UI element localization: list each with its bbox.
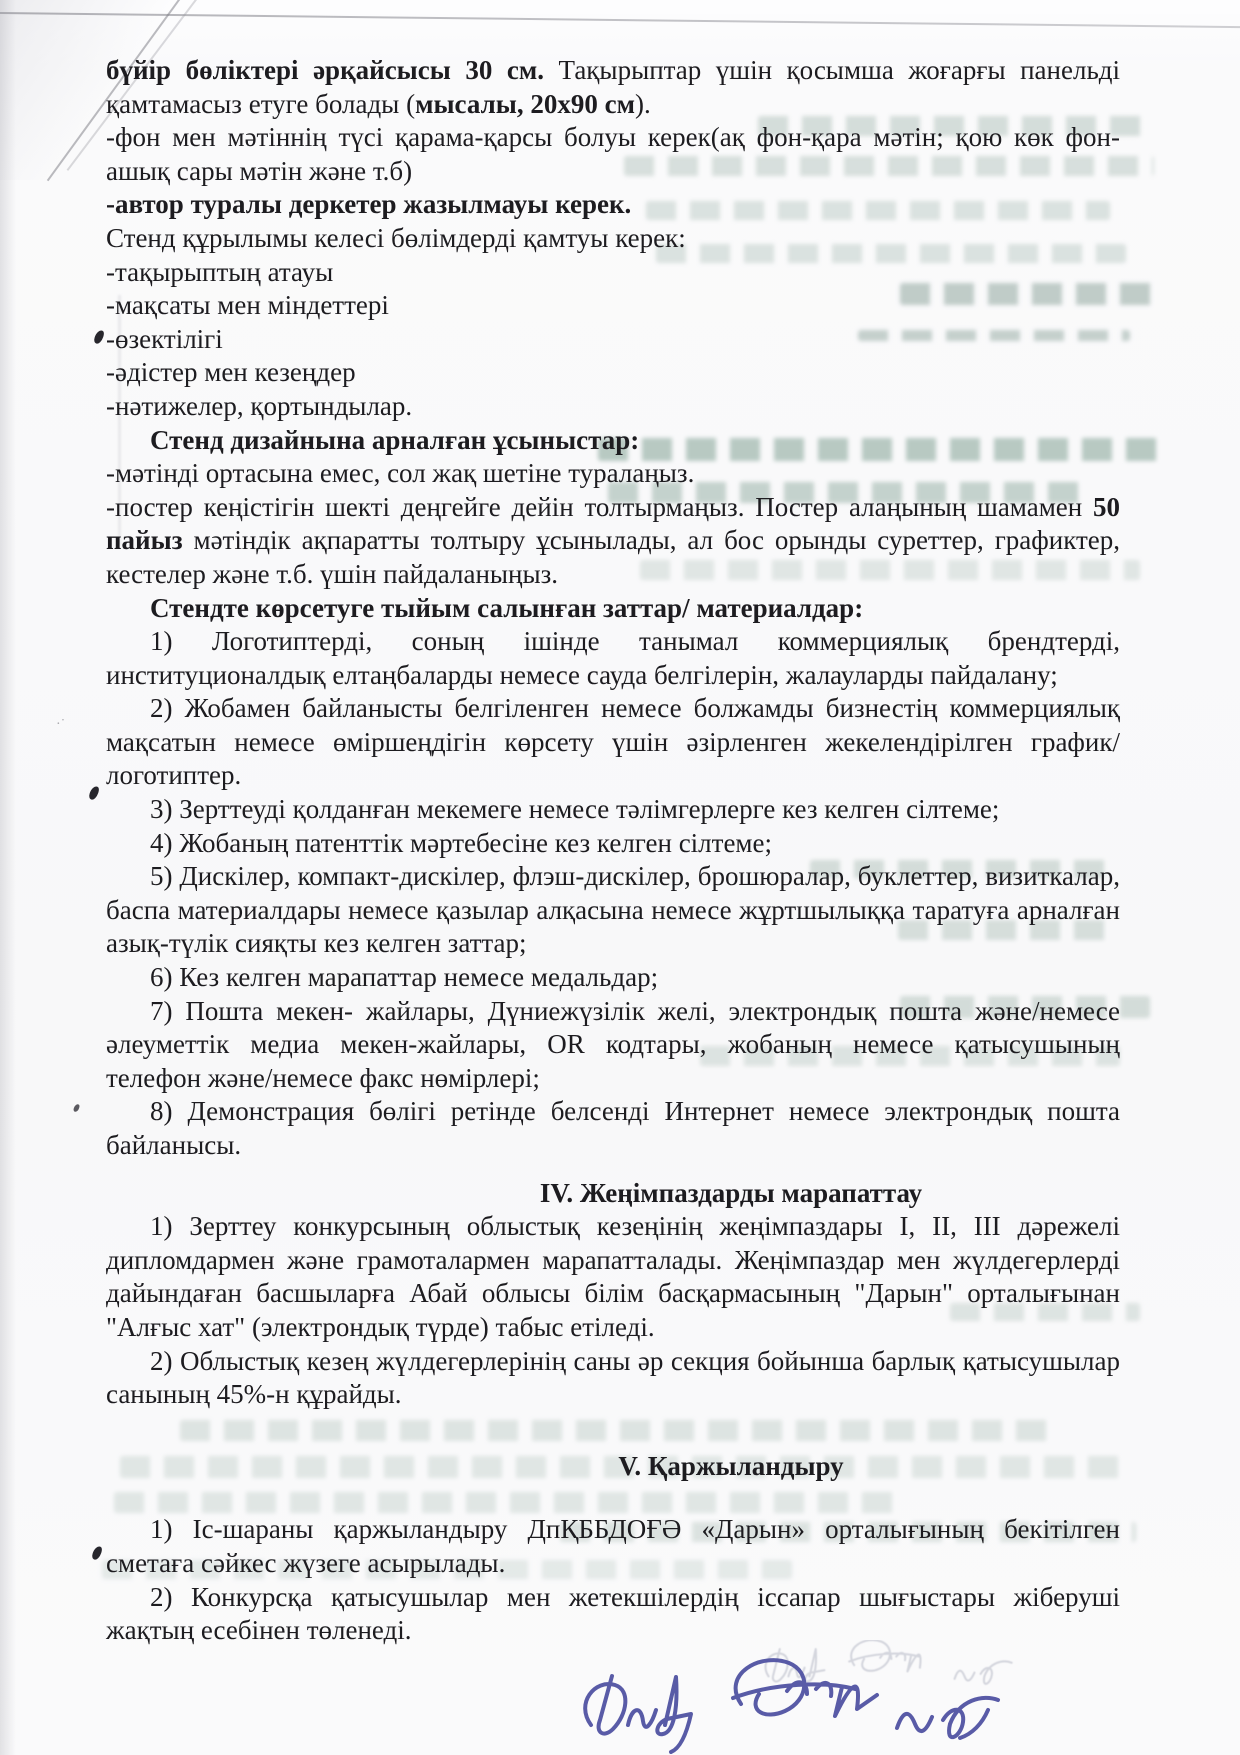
paragraph: 6) Кез келген марапаттар немесе медальда… [106, 961, 1120, 995]
paragraph: бүйір бөліктері әрқайсысы 30 см. Тақырып… [106, 54, 1120, 121]
scanned-document-page: { "document": { "paragraphs": [ {"style"… [0, 0, 1240, 1755]
bold-text: мысалы, 20х90 см [415, 89, 635, 119]
paragraph: 4) Жобаның патенттік мәртебесіне кез кел… [106, 827, 1120, 861]
paragraph: -фон мен мәтіннің түсі қарама-қарсы болу… [106, 121, 1120, 188]
bold-text: бүйір бөліктері әрқайсысы 30 см. [106, 55, 544, 85]
paragraph: -өзектілігі [106, 323, 1120, 357]
paragraph: 7) Пошта мекен- жайлары, Дүниежүзілік же… [106, 995, 1120, 1096]
section-heading: V. Қаржыландыру [224, 1450, 1238, 1484]
paragraph: -мәтінді ортасына емес, сол жақ шетіне т… [106, 457, 1120, 491]
paragraph: 1) Зерттеу конкурсының облыстық кезеңіні… [106, 1210, 1120, 1344]
paragraph: 2) Жобамен байланысты белгіленген немесе… [106, 692, 1120, 793]
paragraph: 1) Іс-шараны қаржыландыру ДпҚББДОҒӘ «Дар… [106, 1513, 1120, 1580]
signature-stroke [585, 1660, 998, 1752]
signature-area [545, 1640, 1015, 1755]
paragraph: 3) Зерттеуді қолданған мекемеге немесе т… [106, 793, 1120, 827]
text: -постер кеңістігін шекті деңгейге дейін … [106, 492, 1093, 522]
ink-speck [93, 329, 105, 345]
paragraph: -әдістер мен кезеңдер [106, 356, 1120, 390]
section-heading: IV. Жеңімпаздарды марапаттау [224, 1177, 1238, 1211]
paragraph: -мақсаты мен міндеттері [106, 289, 1120, 323]
text: ). [635, 89, 651, 119]
paragraph: Стенд құрылымы келесі бөлімдерді қамтуы … [106, 222, 1120, 256]
text: мәтіндік ақпаратты толтыру ұсынылады, ал… [106, 525, 1120, 589]
ink-speck [88, 785, 100, 801]
paragraph: Стендте көрсетуге тыйым салынған заттар/… [106, 592, 1120, 626]
paragraph: 5) Дискілер, компакт-дискілер, флэш-диск… [106, 860, 1120, 961]
paragraph: Стенд дизайнына арналған ұсыныстар: [106, 424, 1120, 458]
paragraph: 2) Конкурсқа қатысушылар мен жетекшілерд… [106, 1581, 1120, 1648]
document-body: бүйір бөліктері әрқайсысы 30 см. Тақырып… [106, 54, 1120, 1648]
paragraph: -нәтижелер, қортындылар. [106, 390, 1120, 424]
handwritten-signature [545, 1640, 1015, 1755]
ink-speck [73, 1103, 80, 1112]
paragraph: 8) Демонстрация бөлігі ретінде белсенді … [106, 1095, 1120, 1162]
paragraph: -постер кеңістігін шекті деңгейге дейін … [106, 491, 1120, 592]
ink-speck: ·˙ [56, 722, 66, 728]
paragraph: -автор туралы деркетер жазылмауы керек. [106, 188, 1120, 222]
scan-left-edge-shade [0, 0, 16, 1755]
paragraph: 1) Логотиптерді, соның ішінде танымал ко… [106, 625, 1120, 692]
paragraph: 2) Облыстық кезең жүлдегерлерінің саны ә… [106, 1345, 1120, 1412]
paragraph: -тақырыптың атауы [106, 256, 1120, 290]
ink-speck [91, 1545, 103, 1561]
